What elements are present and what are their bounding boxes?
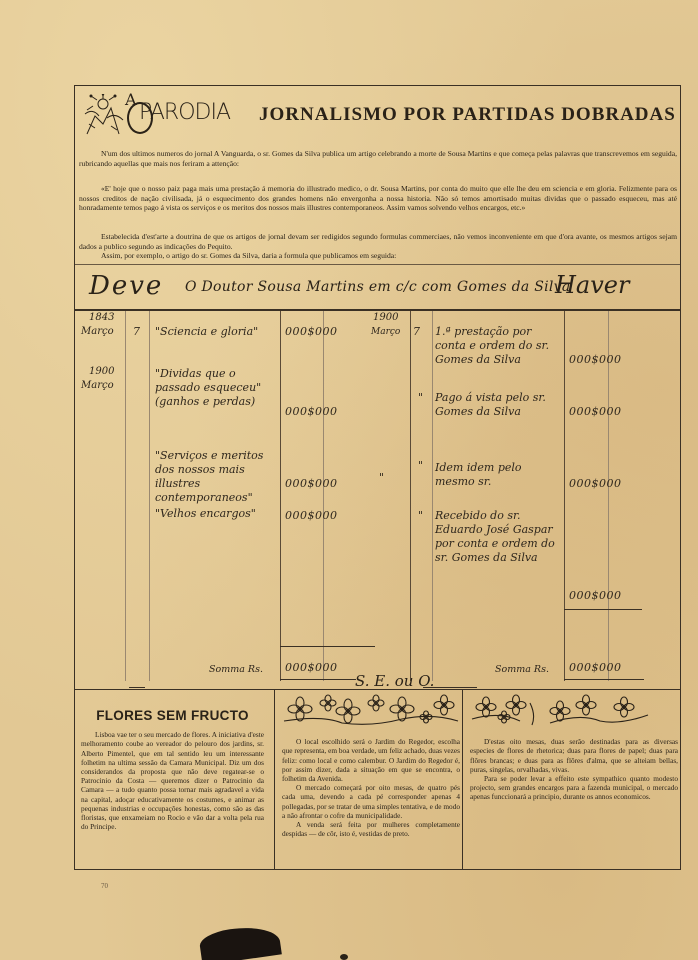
- subtotal-rule: [564, 609, 642, 610]
- credit-day: 7: [413, 325, 420, 339]
- column-rule: [280, 311, 281, 681]
- total-underline: [564, 679, 644, 680]
- column-rule: [410, 311, 411, 681]
- page-number: 70: [101, 882, 108, 890]
- debit-month: Março: [81, 325, 114, 339]
- credit-amount: 000$000: [569, 589, 622, 602]
- flores-text: O mercado começará por oito mesas, de qu…: [282, 783, 460, 820]
- doctrine-text-1: Estabelecida d'est'arte a doutrina de qu…: [79, 232, 677, 251]
- debit-description: "Serviços e meritos dos nossos mais illu…: [155, 449, 277, 505]
- flores-text: Lisboa vae ter o seu mercado de flores. …: [81, 730, 264, 831]
- debit-total: 000$000: [285, 661, 338, 674]
- debit-amount: 000$000: [285, 477, 338, 490]
- quote-text: «E' hoje que o nosso paiz paga mais uma …: [79, 184, 677, 213]
- ink-stain: [198, 923, 282, 960]
- column-rule: [149, 311, 150, 681]
- haver-label: Haver: [555, 271, 629, 299]
- article-title: JORNALISMO POR PARTIDAS DOBRADAS: [259, 104, 676, 126]
- doctrine-text-2: Assim, por exemplo, o artigo do sr. Gome…: [79, 251, 677, 261]
- quoted-excerpt: «E' hoje que o nosso paiz paga mais uma …: [79, 184, 677, 213]
- doctrine-paragraphs: Estabelecida d'est'arte a doutrina de qu…: [79, 232, 677, 261]
- column-rule: [608, 311, 609, 681]
- column-rule: [323, 311, 324, 681]
- intro-paragraph: N'um dos ultimos numeros do jornal A Van…: [79, 149, 677, 168]
- credit-total: 000$000: [569, 661, 622, 674]
- newspaper-page: A PARODIA JORNALISMO POR PARTIDAS DOBRAD…: [74, 85, 681, 870]
- debit-description: "Velhos encargos": [155, 507, 277, 521]
- dash-rule: [129, 687, 145, 688]
- credit-month: Março: [371, 325, 400, 339]
- credit-total-label: Somma Rs.: [495, 663, 549, 677]
- logo-wordmark: PARODIA: [139, 100, 230, 125]
- debit-description: "Dividas que o passado esqueceu" (ganhos…: [155, 367, 277, 409]
- flores-text: D'estas oito mesas, duas serão destinada…: [470, 737, 678, 774]
- total-underline: [280, 679, 356, 680]
- ledger-table: 1843 Março 7 "Sciencia e gloria" 000$000…: [75, 311, 680, 696]
- flores-text: O local escolhido será o Jardim do Reged…: [282, 737, 460, 783]
- credit-day-ditto: ": [418, 391, 423, 405]
- signoff-seo: S. E. ou O.: [355, 672, 434, 690]
- credit-amount: 000$000: [569, 477, 622, 490]
- credit-day-ditto: ": [418, 459, 423, 473]
- credit-description: Idem idem pelo mesmo sr.: [435, 461, 560, 489]
- debit-description: "Sciencia e gloria": [155, 325, 280, 339]
- debit-month-ditto: ": [379, 471, 384, 485]
- debit-amount: 000$000: [285, 325, 338, 338]
- flower-ornament-icon: [282, 693, 460, 727]
- debit-total-label: Somma Rs.: [209, 663, 263, 677]
- debit-amount: 000$000: [285, 405, 338, 418]
- debit-year: 1843: [89, 311, 114, 325]
- debit-month: Março: [81, 379, 114, 393]
- flores-column-3: D'estas oito mesas, duas serão destinada…: [462, 690, 678, 870]
- credit-description: Pago á vista pelo sr. Gomes da Silva: [435, 391, 560, 419]
- flores-section: FLORES SEM FRUCTO Lisboa vae ter o seu m…: [75, 689, 680, 869]
- debit-amount: 000$000: [285, 509, 338, 522]
- intro-text: N'um dos ultimos numeros do jornal A Van…: [79, 149, 677, 168]
- flower-ornament-icon: [470, 693, 650, 727]
- account-title: O Doutor Sousa Martins em c/c com Gomes …: [185, 279, 571, 295]
- debit-year: 1900: [89, 365, 114, 379]
- flores-text: A venda será feita por mulheres completa…: [282, 820, 460, 838]
- credit-description: 1.ª prestação por conta e ordem do sr. G…: [435, 325, 560, 367]
- flores-text: Para se poder levar a effeito este sympa…: [470, 774, 678, 802]
- subtotal-rule: [280, 646, 375, 647]
- credit-amount: 000$000: [569, 405, 622, 418]
- flores-column-2: O local escolhido será o Jardim do Reged…: [274, 690, 460, 870]
- ledger-header: Deve O Doutor Sousa Martins em c/c com G…: [75, 264, 680, 311]
- flores-column-1: FLORES SEM FRUCTO Lisboa vae ter o seu m…: [81, 690, 264, 870]
- flores-title: FLORES SEM FRUCTO: [81, 711, 264, 720]
- masthead-logo: A PARODIA: [81, 90, 241, 138]
- jester-illustration-icon: [81, 94, 125, 136]
- credit-description: Recebido do sr. Eduardo José Gaspar por …: [435, 509, 560, 565]
- credit-day-ditto: ": [418, 509, 423, 523]
- column-rule: [564, 311, 565, 681]
- column-rule: [125, 311, 126, 681]
- column-rule: [432, 311, 433, 681]
- credit-year: 1900: [373, 311, 398, 325]
- ink-spot: [340, 954, 348, 960]
- debit-day: 7: [133, 325, 140, 339]
- credit-amount: 000$000: [569, 353, 622, 366]
- deve-label: Deve: [89, 271, 163, 301]
